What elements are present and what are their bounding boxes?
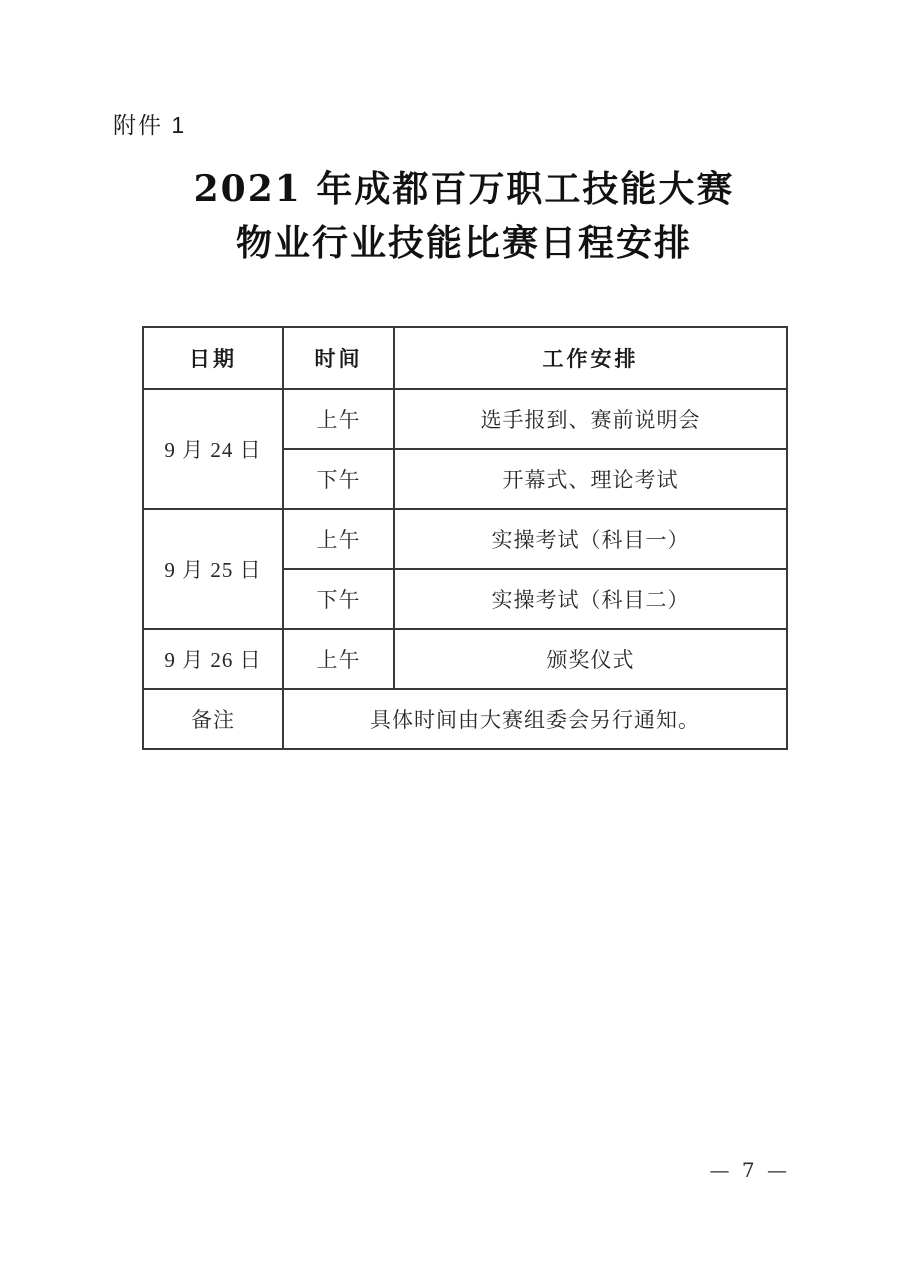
date-cell-sep26: 9 月 26 日 — [143, 629, 283, 689]
attachment-label: 附件 1 — [113, 107, 186, 140]
time-cell: 上午 — [283, 629, 394, 689]
table-header-row: 日期 时间 工作安排 — [143, 327, 787, 389]
time-cell: 下午 — [283, 569, 394, 629]
title-line-2: 物业行业技能比赛日程安排 — [142, 216, 786, 270]
time-cell: 上午 — [283, 389, 394, 449]
time-cell: 下午 — [283, 449, 394, 509]
remark-text-cell: 具体时间由大赛组委会另行通知。 — [283, 689, 787, 749]
col-header-date: 日期 — [143, 327, 283, 389]
col-header-time: 时间 — [283, 327, 394, 389]
task-cell: 颁奖仪式 — [394, 629, 787, 689]
date-cell-sep24: 9 月 24 日 — [143, 389, 283, 509]
task-cell: 实操考试（科目一） — [394, 509, 787, 569]
document-page: 附件 1 2021 年成都百万职工技能大赛 物业行业技能比赛日程安排 日期 时间… — [0, 0, 900, 1273]
remark-label-cell: 备注 — [143, 689, 283, 749]
table-row: 9 月 26 日 上午 颁奖仪式 — [143, 629, 787, 689]
table-row: 9 月 24 日 上午 选手报到、赛前说明会 — [143, 389, 787, 449]
task-cell: 选手报到、赛前说明会 — [394, 389, 787, 449]
time-cell: 上午 — [283, 509, 394, 569]
table-row: 9 月 25 日 上午 实操考试（科目一） — [143, 509, 787, 569]
schedule-table: 日期 时间 工作安排 9 月 24 日 上午 选手报到、赛前说明会 下午 开幕式… — [142, 326, 788, 750]
remark-row: 备注 具体时间由大赛组委会另行通知。 — [143, 689, 787, 749]
task-cell: 实操考试（科目二） — [394, 569, 787, 629]
document-title: 2021 年成都百万职工技能大赛 物业行业技能比赛日程安排 — [142, 162, 786, 270]
task-cell: 开幕式、理论考试 — [394, 449, 787, 509]
col-header-task: 工作安排 — [394, 327, 787, 389]
title-line-1: 2021 年成都百万职工技能大赛 — [142, 162, 786, 216]
page-number: — 7 — — [710, 1158, 790, 1182]
date-cell-sep25: 9 月 25 日 — [143, 509, 283, 629]
